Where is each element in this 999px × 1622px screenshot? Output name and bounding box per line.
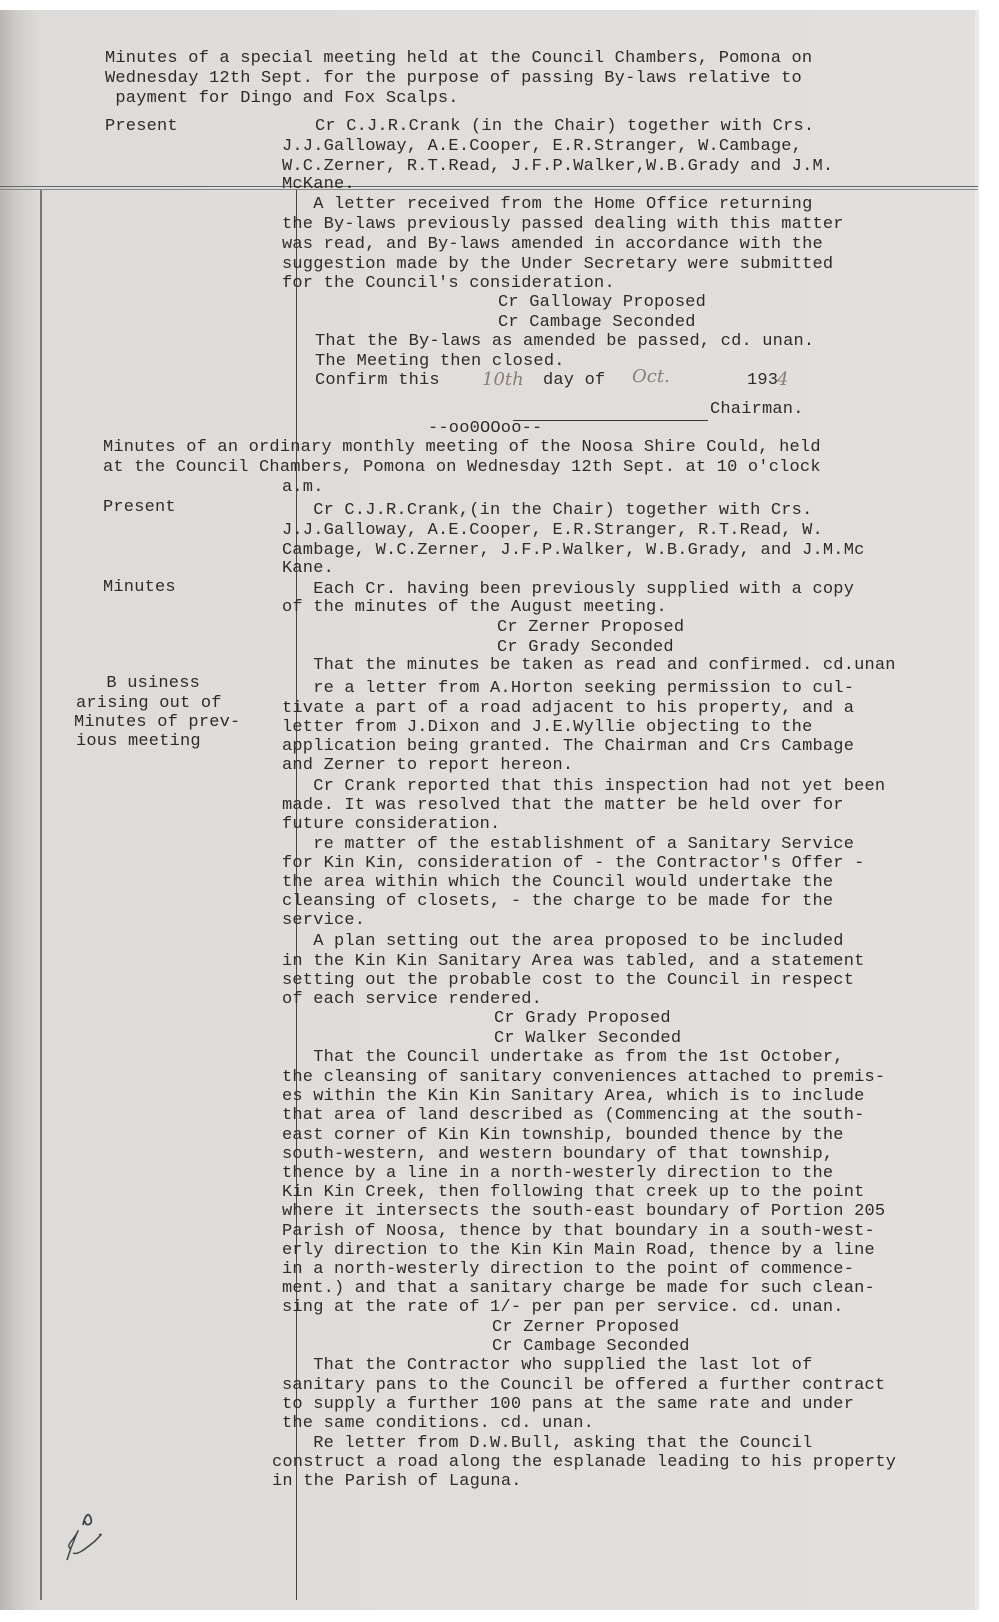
sanitary-line-8: Kin Kin Creek, then following that creek… xyxy=(282,1183,865,1203)
sanitary-line-2: the cleansing of sanitary conveniences a… xyxy=(282,1068,885,1088)
special-present-line-4: McKane. xyxy=(282,175,355,195)
sanitary-line-10: Parish of Noosa, thence by that boundary… xyxy=(282,1222,875,1242)
confirm-year: 193 xyxy=(747,371,778,391)
special-present-label: Present xyxy=(105,117,178,137)
ordinary-present-line-4: Kane. xyxy=(282,559,334,579)
special-heading-line-3: payment for Dingo and Fox Scalps. xyxy=(105,89,459,109)
pans-line-2: sanitary pans to the Council be offered … xyxy=(282,1376,885,1396)
business-line-6: Cr Crank reported that this inspection h… xyxy=(282,777,885,797)
sanitary-proposed: Cr Grady Proposed xyxy=(494,1009,671,1029)
minutes-line-2: of the minutes of the August meeting. xyxy=(282,598,667,618)
business-line-16: setting out the probable cost to the Cou… xyxy=(282,971,854,991)
business-line-3: letter from J.Dixon and J.E.Wyllie objec… xyxy=(282,718,813,738)
chairman-label: Chairman. xyxy=(710,400,804,420)
minutes-resolution: That the minutes be taken as read and co… xyxy=(282,656,896,676)
special-present-line-2: J.J.Galloway, A.E.Cooper, E.R.Stranger, … xyxy=(282,137,802,157)
business-line-8: future consideration. xyxy=(282,815,500,835)
sanitary-line-3: es within the Kin Kin Sanitary Area, whi… xyxy=(282,1087,865,1107)
sanitary-line-12: in a north-westerly direction to the poi… xyxy=(282,1260,854,1280)
special-heading-line-2: Wednesday 12th Sept. for the purpose of … xyxy=(105,69,802,89)
handwritten-year-digit: 4 xyxy=(777,369,788,390)
business-label-line-1: B usiness xyxy=(96,674,200,694)
business-line-15: in the Kin Kin Sanitary Area was tabled,… xyxy=(282,952,865,972)
ordinary-present-line-1: Cr C.J.R.Crank,(in the Chair) together w… xyxy=(282,501,813,521)
business-line-11: the area within which the Council would … xyxy=(282,873,833,893)
horizontal-rule xyxy=(0,186,978,187)
sanitary-line-14: sing at the rate of 1/- per pan per serv… xyxy=(282,1298,844,1318)
business-label-line-2: arising out of xyxy=(76,694,222,714)
ordinary-heading-line-1: Minutes of an ordinary monthly meeting o… xyxy=(103,438,821,458)
business-label-line-4: ious meeting xyxy=(76,732,201,752)
ordinary-heading-line-2: at the Council Chambers, Pomona on Wedne… xyxy=(103,458,821,478)
confirm-prefix: Confirm this xyxy=(315,371,440,391)
sanitary-line-13: ment.) and that a sanitary charge be mad… xyxy=(282,1279,875,1299)
sanitary-line-11: erly direction to the Kin Kin Main Road,… xyxy=(282,1241,875,1261)
special-heading-line-1: Minutes of a special meeting held at the… xyxy=(105,49,812,69)
business-line-17: of each service rendered. xyxy=(282,990,542,1010)
pans-line-4: the same conditions. cd. unan. xyxy=(282,1414,594,1434)
page-edge xyxy=(975,10,979,1610)
minutes-label: Minutes xyxy=(103,578,176,598)
business-line-10: for Kin Kin, consideration of - the Cont… xyxy=(282,854,865,874)
business-line-2: tivate a part of a road adjacent to his … xyxy=(282,699,854,719)
special-body-line-2: the By-laws previously passed dealing wi… xyxy=(282,215,844,235)
special-body-line-1: A letter received from the Home Office r… xyxy=(282,195,813,215)
special-body-line-5: for the Council's consideration. xyxy=(282,274,615,294)
pans-line-3: to supply a further 100 pans at the same… xyxy=(282,1395,854,1415)
section-separator: --oo0OOoo-- xyxy=(428,419,542,439)
handwritten-initials-icon xyxy=(55,1505,125,1575)
special-present-line-1: Cr C.J.R.Crank (in the Chair) together w… xyxy=(315,117,814,137)
pans-line-5: Re letter from D.W.Bull, asking that the… xyxy=(282,1434,813,1454)
ordinary-present-line-2: J.J.Galloway, A.E.Cooper, E.R.Stranger, … xyxy=(282,521,823,541)
sanitary-line-4: that area of land described as (Commenci… xyxy=(282,1106,865,1126)
sanitary-line-1: That the Council undertake as from the 1… xyxy=(282,1048,844,1068)
business-line-14: A plan setting out the area proposed to … xyxy=(282,932,844,952)
minutes-line-1: Each Cr. having been previously supplied… xyxy=(282,580,854,600)
handwritten-month: Oct. xyxy=(632,366,670,387)
business-line-7: made. It was resolved that the matter be… xyxy=(282,796,844,816)
special-present-line-3: W.C.Zerner, R.T.Read, J.F.P.Walker,W.B.G… xyxy=(282,157,833,177)
pans-line-1: That the Contractor who supplied the las… xyxy=(282,1356,813,1376)
business-line-9: re matter of the establishment of a Sani… xyxy=(282,835,854,855)
horizontal-rule-double xyxy=(0,189,978,190)
confirm-middle: day of xyxy=(543,371,605,391)
handwritten-day: 10th xyxy=(482,369,524,390)
minutes-seconded: Cr Grady Seconded xyxy=(497,638,674,658)
sanitary-line-7: thence by a line in a north-westerly dir… xyxy=(282,1164,833,1184)
business-line-13: service. xyxy=(282,911,365,931)
special-body-line-4: suggestion made by the Under Secretary w… xyxy=(282,255,833,275)
special-proposed: Cr Galloway Proposed xyxy=(498,293,706,313)
sanitary-seconded: Cr Walker Seconded xyxy=(494,1029,681,1049)
pans-line-6: construct a road along the esplanade lea… xyxy=(272,1453,896,1473)
pans-seconded: Cr Cambage Seconded xyxy=(492,1337,690,1357)
sanitary-line-5: east corner of Kin Kin township, bounded… xyxy=(282,1126,844,1146)
minutes-proposed: Cr Zerner Proposed xyxy=(497,618,684,638)
business-label-line-3: Minutes of prev- xyxy=(74,713,240,733)
left-margin-line xyxy=(40,190,42,1600)
special-seconded: Cr Cambage Seconded xyxy=(498,313,696,333)
pans-proposed: Cr Zerner Proposed xyxy=(492,1318,679,1338)
business-line-1: re a letter from A.Horton seeking permis… xyxy=(282,679,854,699)
ordinary-present-label: Present xyxy=(103,498,176,518)
special-resolution: That the By-laws as amended be passed, c… xyxy=(315,332,814,352)
sanitary-line-6: south-western, and western boundary of t… xyxy=(282,1145,833,1165)
special-body-line-3: was read, and By-laws amended in accorda… xyxy=(282,235,823,255)
business-line-5: and Zerner to report hereon. xyxy=(282,756,573,776)
business-line-12: cleansing of closets, - the charge to be… xyxy=(282,892,833,912)
pans-line-7: in the Parish of Laguna. xyxy=(272,1472,522,1492)
sanitary-line-9: where it intersects the south-east bound… xyxy=(282,1202,885,1222)
ordinary-present-line-3: Cambage, W.C.Zerner, J.F.P.Walker, W.B.G… xyxy=(282,541,865,561)
special-closed: The Meeting then closed. xyxy=(315,352,565,372)
business-line-4: application being granted. The Chairman … xyxy=(282,737,854,757)
ordinary-heading-line-3: a.m. xyxy=(282,478,324,498)
